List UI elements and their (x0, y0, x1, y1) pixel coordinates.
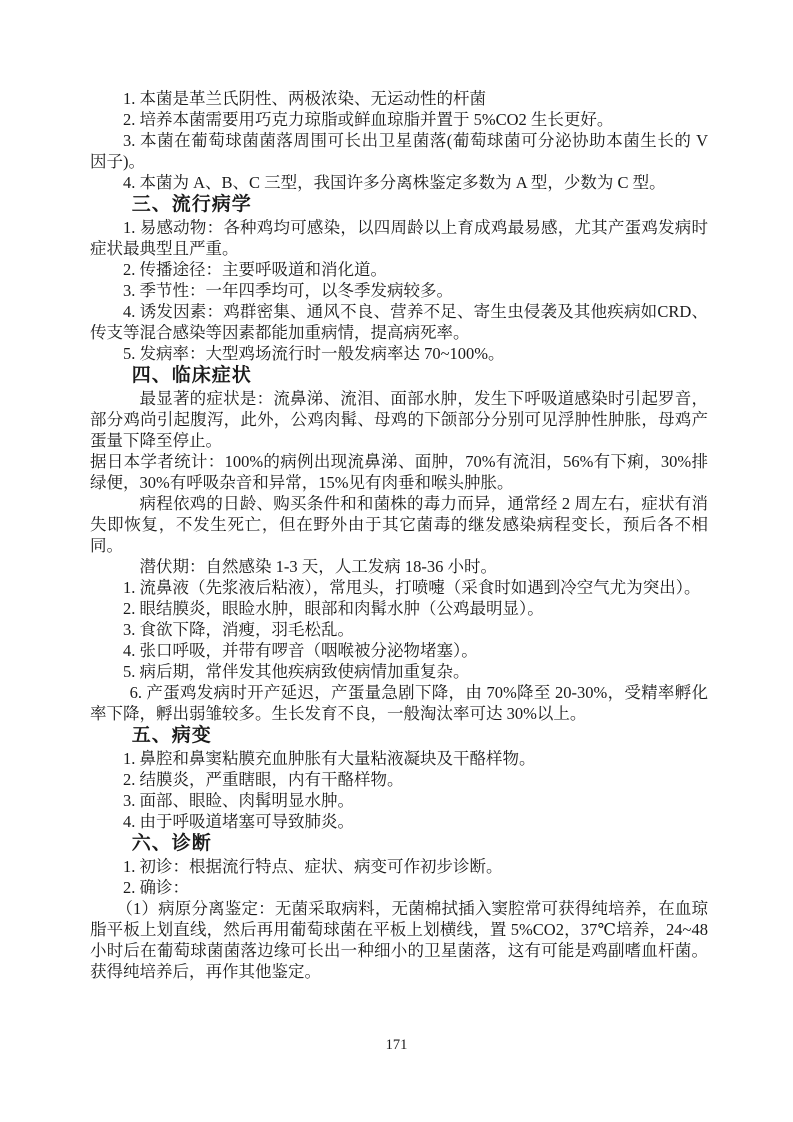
paragraph: 1. 本菌是革兰氏阴性、两极浓染、无运动性的杆菌 (90, 88, 708, 109)
section-heading: 三、流行病学 (90, 193, 708, 217)
document-page: 1. 本菌是革兰氏阴性、两极浓染、无运动性的杆菌2. 培养本菌需要用巧克力琼脂或… (0, 0, 793, 1122)
paragraph: 2. 培养本菌需要用巧克力琼脂或鲜血琼脂并置于 5%CO2 生长更好。 (90, 109, 708, 130)
paragraph: 病程依鸡的日龄、购买条件和和菌株的毒力而异，通常经 2 周左右，症状有消失即恢复… (90, 493, 708, 556)
paragraph: 6. 产蛋鸡发病时开产延迟，产蛋量急剧下降，由 70%降至 20-30%，受精率… (90, 682, 708, 724)
paragraph: 2. 结膜炎，严重瞎眼，内有干酪样物。 (90, 769, 708, 790)
section-heading: 六、诊断 (90, 832, 708, 856)
paragraph: 潜伏期：自然感染 1-3 天，人工发病 18-36 小时。 (90, 556, 708, 577)
paragraph: 2. 眼结膜炎，眼睑水肿，眼部和肉髯水肿（公鸡最明显）。 (90, 598, 708, 619)
paragraph: 5. 病后期，常伴发其他疾病致使病情加重复杂。 (90, 661, 708, 682)
paragraph: 1. 初诊：根据流行特点、症状、病变可作初步诊断。 (90, 856, 708, 877)
paragraph: 最显著的症状是：流鼻涕、流泪、面部水肿，发生下呼吸道感染时引起罗音，部分鸡尚引起… (90, 388, 708, 451)
paragraph: 5. 发病率：大型鸡场流行时一般发病率达 70~100%。 (90, 343, 708, 364)
paragraph: （1）病原分离鉴定：无菌采取病料，无菌棉拭插入窦腔常可获得纯培养，在血琼脂平板上… (90, 898, 708, 982)
paragraph: 2. 确诊： (90, 877, 708, 898)
paragraph: 4. 本菌为 A、B、C 三型，我国许多分离株鉴定多数为 A 型，少数为 C 型… (90, 172, 708, 193)
paragraph: 4. 张口呼吸，并带有啰音（咽喉被分泌物堵塞）。 (90, 640, 708, 661)
paragraph: 2. 传播途径：主要呼吸道和消化道。 (90, 259, 708, 280)
paragraph: 1. 流鼻液（先浆液后粘液），常甩头，打喷嚏（采食时如遇到冷空气尤为突出）。 (90, 577, 708, 598)
page-number: 171 (386, 1037, 408, 1053)
paragraph: 3. 季节性：一年四季均可，以冬季发病较多。 (90, 280, 708, 301)
paragraph: 4. 诱发因素：鸡群密集、通风不良、营养不足、寄生虫侵袭及其他疾病如CRD、传支… (90, 301, 708, 343)
paragraph: 3. 食欲下降，消瘦，羽毛松乱。 (90, 619, 708, 640)
document-body: 1. 本菌是革兰氏阴性、两极浓染、无运动性的杆菌2. 培养本菌需要用巧克力琼脂或… (90, 88, 708, 982)
paragraph: 3. 本菌在葡萄球菌菌落周围可长出卫星菌落(葡萄球菌可分泌协助本菌生长的 V 因… (90, 130, 708, 172)
section-heading: 五、病变 (90, 724, 708, 748)
paragraph: 据日本学者统计：100%的病例出现流鼻涕、面肿，70%有流泪，56%有下痢，30… (90, 451, 708, 493)
page-footer: 171 (0, 1036, 793, 1054)
paragraph: 1. 鼻腔和鼻窦粘膜充血肿胀有大量粘液凝块及干酪样物。 (90, 748, 708, 769)
paragraph: 3. 面部、眼睑、肉髯明显水肿。 (90, 790, 708, 811)
section-heading: 四、临床症状 (90, 364, 708, 388)
paragraph: 1. 易感动物：各种鸡均可感染，以四周龄以上育成鸡最易感，尤其产蛋鸡发病时症状最… (90, 217, 708, 259)
paragraph: 4. 由于呼吸道堵塞可导致肺炎。 (90, 811, 708, 832)
